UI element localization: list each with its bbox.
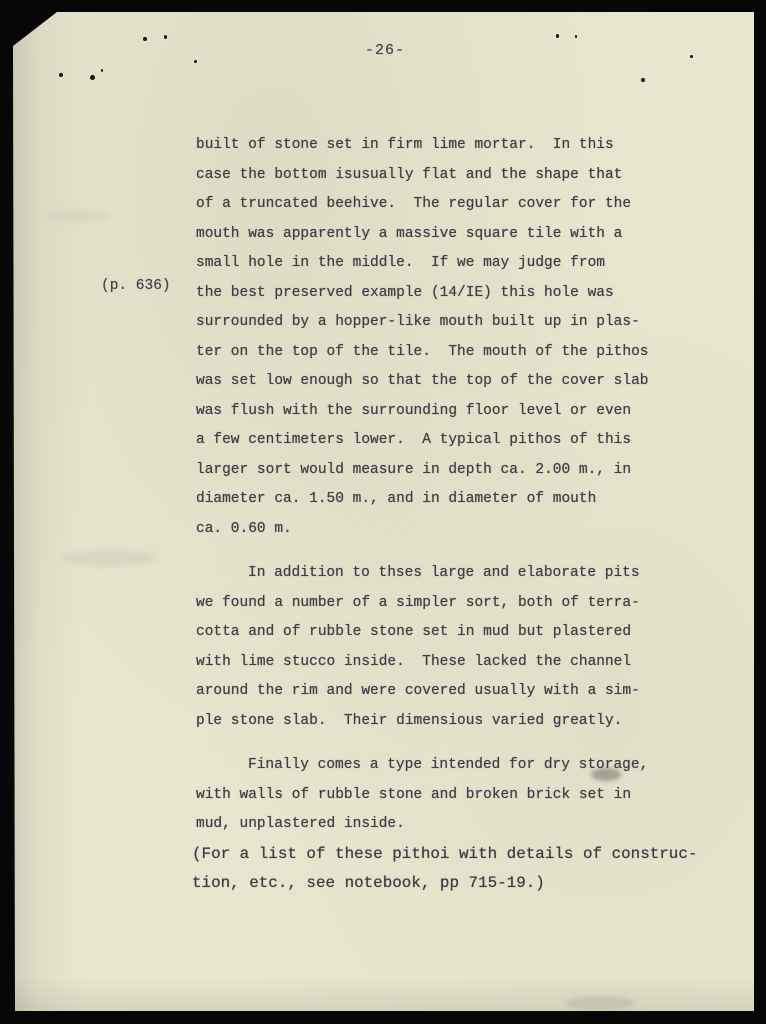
text-line: surrounded by a hopper-like mouth built … <box>196 308 736 338</box>
text-line: built of stone set in firm lime mortar. … <box>196 131 736 161</box>
pencil-smudge <box>565 996 635 1010</box>
text-line: mud, unplastered inside. <box>196 810 736 840</box>
construction-footnote: (For a list of these pithoi with details… <box>192 840 736 899</box>
text-line: (For a list of these pithoi with details… <box>192 840 736 870</box>
paragraph-2: In addition to thses large and elaborate… <box>196 559 736 736</box>
paper-speck <box>164 35 167 39</box>
paper-speck <box>101 69 103 72</box>
paper-speck <box>90 75 95 80</box>
paragraph-1: built of stone set in firm lime mortar. … <box>196 131 736 544</box>
text-line: ple stone slab. Their dimensious varied … <box>196 707 736 737</box>
text-line: cotta and of rubble stone set in mud but… <box>196 618 736 648</box>
text-line: ter on the top of the tile. The mouth of… <box>196 338 736 368</box>
scan-background: -26- (p. 636) built of stone set in firm… <box>0 0 766 1024</box>
paper-speck <box>194 60 197 63</box>
typewritten-text: built of stone set in firm lime mortar. … <box>196 131 736 899</box>
text-line: we found a number of a simpler sort, bot… <box>196 589 736 619</box>
text-line: larger sort would measure in depth ca. 2… <box>196 456 736 486</box>
margin-note: (p. 636) <box>101 278 171 294</box>
text-line: with lime stucco inside. These lacked th… <box>196 648 736 678</box>
text-line: of a truncated beehive. The regular cove… <box>196 190 736 220</box>
text-line: small hole in the middle. If we may judg… <box>196 249 736 279</box>
text-line: diameter ca. 1.50 m., and in diameter of… <box>196 485 736 515</box>
page-number: -26- <box>365 42 405 59</box>
text-line: was flush with the surrounding floor lev… <box>196 397 736 427</box>
text-line: tion, etc., see notebook, pp 715-19.) <box>192 869 736 899</box>
text-line: mouth was apparently a massive square ti… <box>196 220 736 250</box>
text-line: with walls of rubble stone and broken br… <box>196 781 736 811</box>
text-line: was set low enough so that the top of th… <box>196 367 736 397</box>
text-line: around the rim and were covered usually … <box>196 677 736 707</box>
paragraph-3: Finally comes a type intended for dry st… <box>196 751 736 840</box>
paper-speck <box>575 35 577 38</box>
text-line: case the bottom isusually flat and the s… <box>196 161 736 191</box>
paper-smudge <box>61 550 156 566</box>
paper-speck <box>556 34 559 38</box>
text-line: Finally comes a type intended for dry st… <box>196 751 736 781</box>
paper-speck <box>59 73 63 77</box>
text-line: the best preserved example (14/IE) this … <box>196 279 736 309</box>
document-page: -26- (p. 636) built of stone set in firm… <box>13 12 754 1011</box>
paper-speck <box>143 37 147 41</box>
text-line: In addition to thses large and elaborate… <box>196 559 736 589</box>
paper-speck <box>641 78 645 82</box>
paper-smudge <box>49 210 109 222</box>
text-line: a few centimeters lower. A typical pitho… <box>196 426 736 456</box>
text-line: ca. 0.60 m. <box>196 515 736 545</box>
paper-speck <box>690 55 693 58</box>
